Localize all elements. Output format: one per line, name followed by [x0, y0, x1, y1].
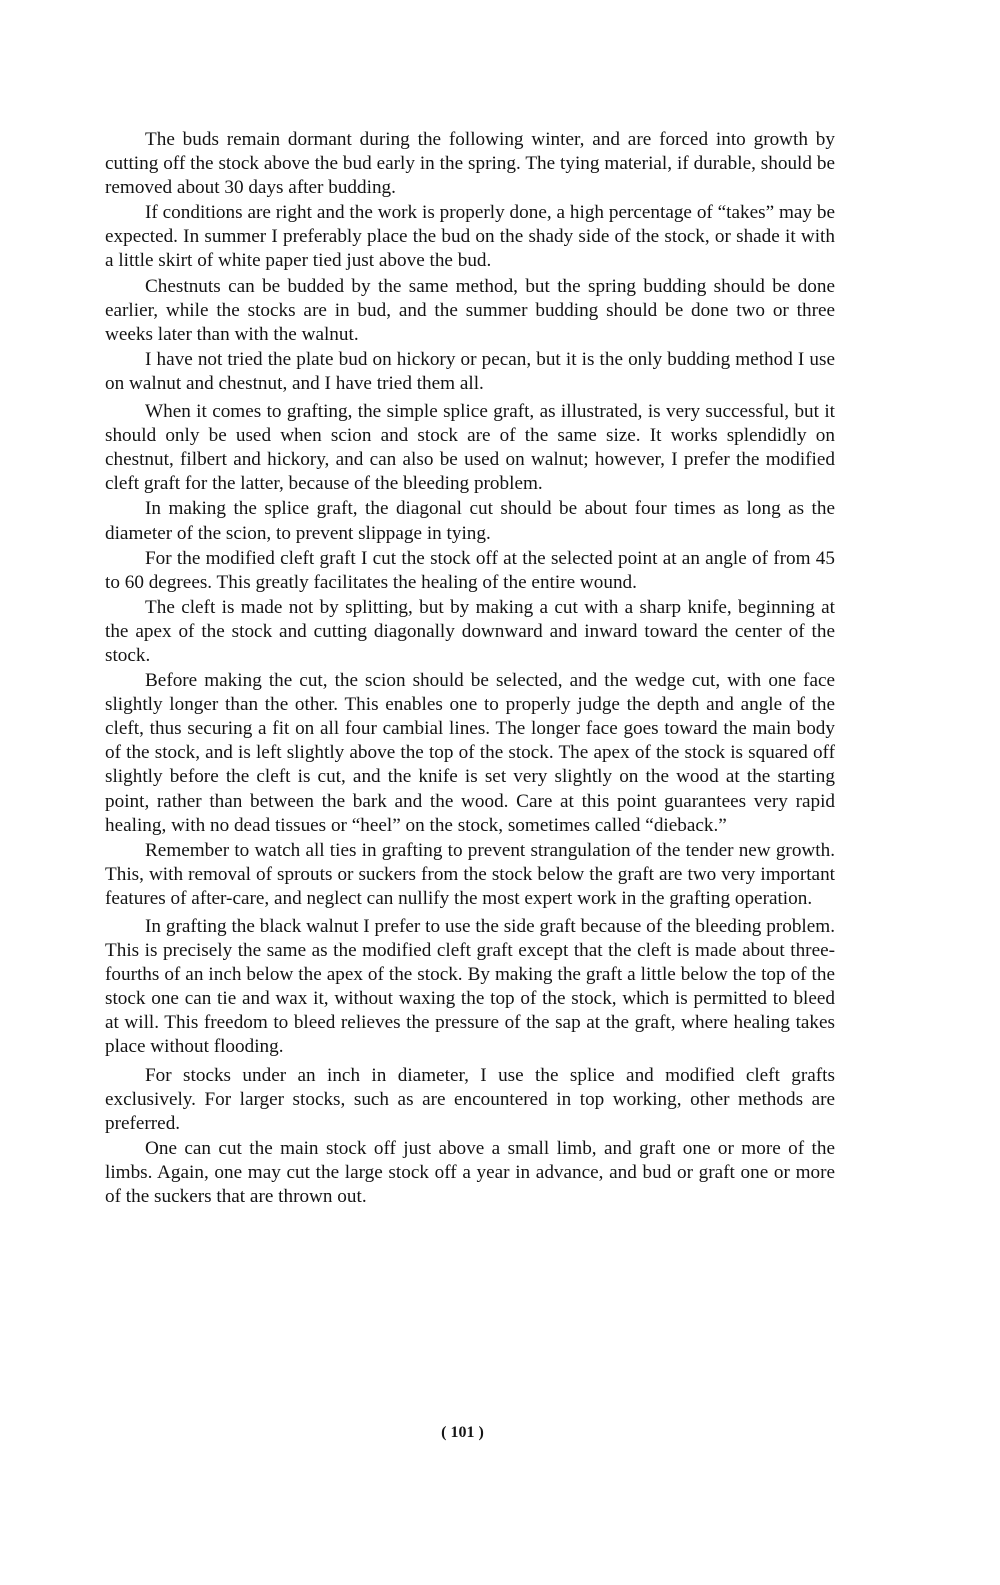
paragraph-plate-bud: I have not tried the plate bud on hickor… [105, 348, 835, 396]
paragraph-diagonal-cut: In making the splice graft, the diagonal… [105, 497, 835, 545]
paragraph-black-walnut: In grafting the black walnut I prefer to… [105, 915, 835, 1060]
paragraph-small-stocks: For stocks under an inch in diameter, I … [105, 1064, 835, 1136]
paragraph-modified-cleft: For the modified cleft graft I cut the s… [105, 547, 835, 595]
paragraph-takes: If conditions are right and the work is … [105, 201, 835, 273]
paragraph-ties: Remember to watch all ties in grafting t… [105, 839, 835, 911]
paragraph-splice-graft: When it comes to grafting, the simple sp… [105, 400, 835, 496]
paragraph-dormant-buds: The buds remain dormant during the follo… [105, 128, 835, 200]
paragraph-chestnuts: Chestnuts can be budded by the same meth… [105, 275, 835, 347]
paragraph-cleft-cut: The cleft is made not by splitting, but … [105, 596, 835, 668]
paragraph-scion-wedge: Before making the cut, the scion should … [105, 669, 835, 838]
page-number: ( 101 ) [0, 1424, 925, 1442]
page-body: The buds remain dormant during the follo… [105, 128, 835, 1210]
paragraph-large-stocks: One can cut the main stock off just abov… [105, 1137, 835, 1209]
